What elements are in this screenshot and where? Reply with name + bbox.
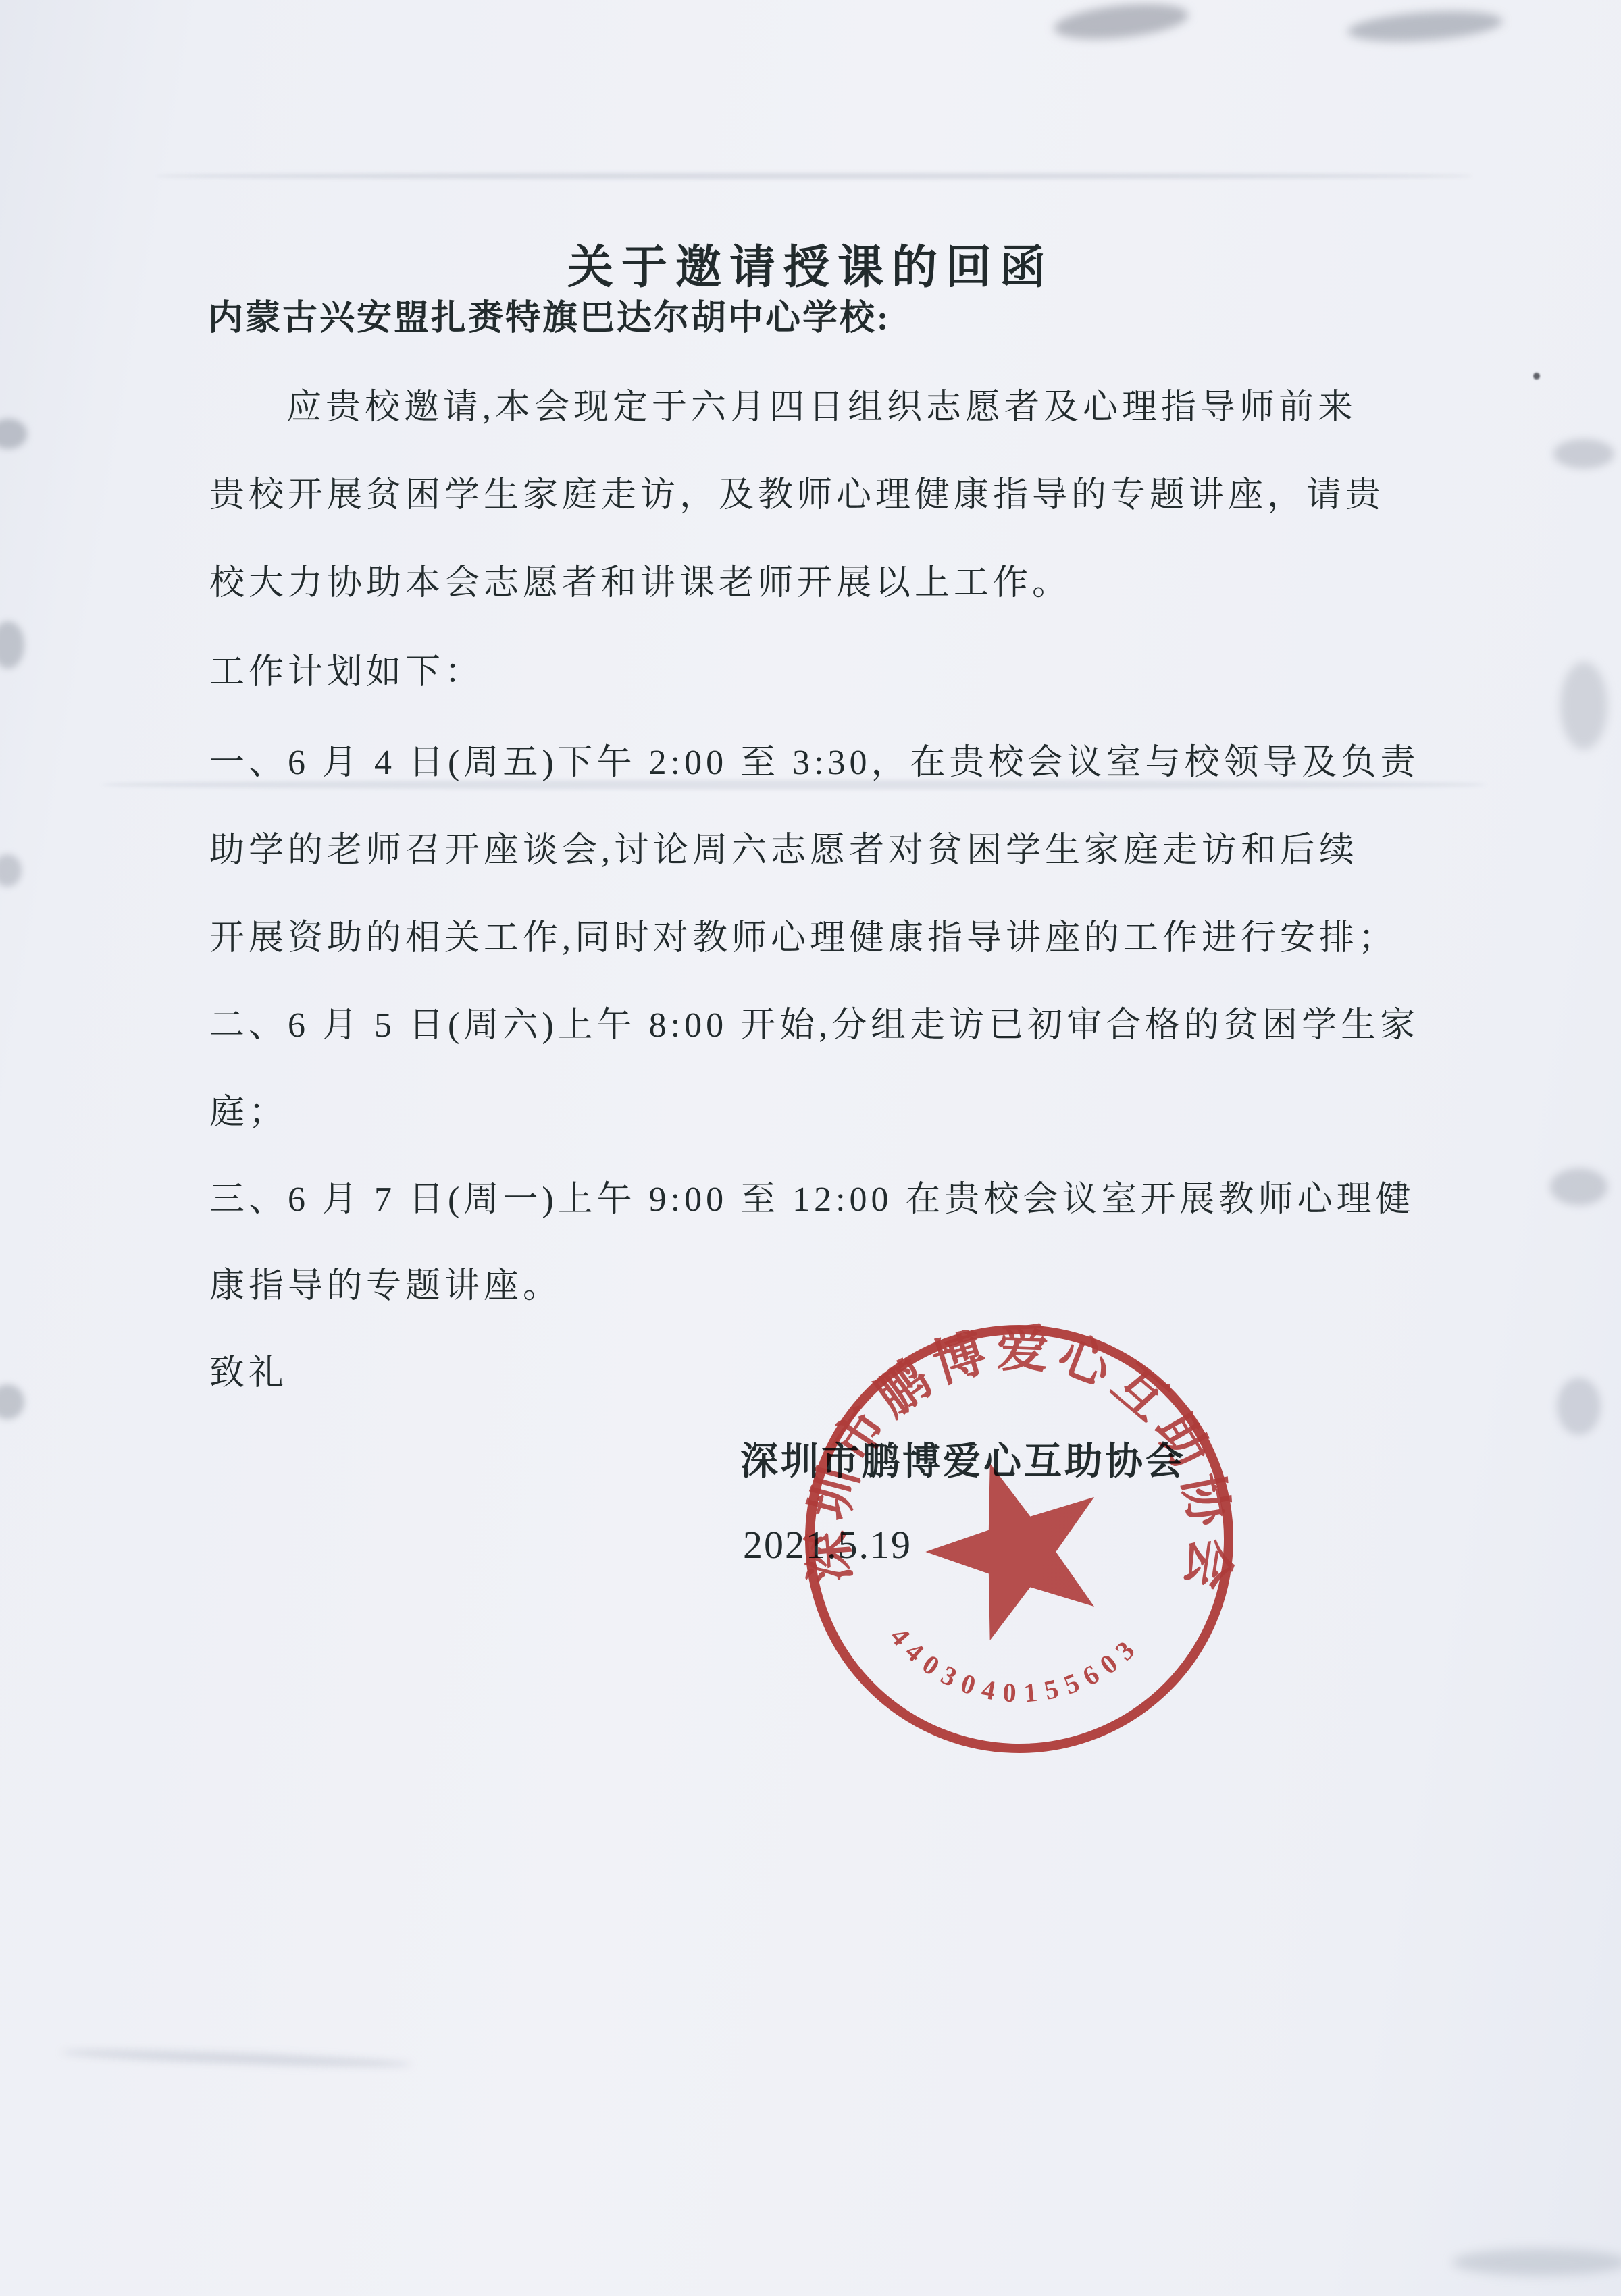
scan-artifact bbox=[1553, 439, 1614, 469]
closing-line: 致礼 bbox=[209, 1344, 288, 1394]
stamp-star-icon bbox=[923, 1461, 1099, 1644]
scan-artifact bbox=[1452, 2249, 1621, 2276]
body-line-4: 工作计划如下： bbox=[209, 643, 484, 694]
scan-artifact bbox=[1550, 1168, 1607, 1205]
scanned-letter-page: 关于邀请授课的回函 内蒙古兴安盟扎赉特旗巴达尔胡中心学校: 应贵校邀请,本会现定… bbox=[0, 0, 1621, 2296]
recipient-line: 内蒙古兴安盟扎赉特旗巴达尔胡中心学校: bbox=[208, 289, 890, 340]
organization-stamp-icon: 深圳市鹏博爱心互助协会 4403040155603 bbox=[794, 1314, 1244, 1764]
scan-artifact bbox=[61, 2047, 412, 2070]
scan-artifact bbox=[1557, 1378, 1601, 1435]
scan-artifact bbox=[1560, 662, 1607, 750]
scan-artifact bbox=[155, 173, 1472, 179]
body-line-10: 三、6 月 7 日(周一)上午 9:00 至 12:00 在贵校会议室开展教师心… bbox=[209, 1170, 1415, 1221]
body-line-3: 校大力协助本会志愿者和讲课老师开展以上工作。 bbox=[209, 554, 1071, 604]
scan-artifact bbox=[0, 419, 27, 449]
body-line-7: 开展资助的相关工作,同时对教师心理健康指导讲座的工作进行安排； bbox=[209, 909, 1397, 960]
letter-title: 关于邀请授课的回函 bbox=[0, 231, 1621, 296]
body-line-5: 一、6 月 4 日(周五)下午 2:00 至 3:30，在贵校会议室与校领导及负… bbox=[209, 733, 1420, 784]
body-line-11: 康指导的专题讲座。 bbox=[209, 1257, 562, 1307]
scan-artifact bbox=[0, 854, 22, 887]
body-line-1: 应贵校邀请,本会现定于六月四日组织志愿者及心理指导师前来 bbox=[286, 378, 1357, 429]
scan-artifact bbox=[1052, 0, 1190, 45]
body-line-2: 贵校开展贫困学生家庭走访，及教师心理健康指导的专题讲座，请贵 bbox=[209, 466, 1385, 517]
scan-artifact bbox=[0, 1384, 24, 1419]
scan-artifact bbox=[0, 621, 24, 669]
scan-speck bbox=[1533, 373, 1540, 380]
stamp-number: 4403040155603 bbox=[882, 1621, 1147, 1713]
body-line-8: 二、6 月 5 日(周六)上午 8:00 开始,分组走访已初审合格的贫困学生家 bbox=[209, 996, 1419, 1047]
body-line-6: 助学的老师召开座谈会,讨论周六志愿者对贫困学生家庭走访和后续 bbox=[209, 821, 1358, 872]
body-line-9: 庭； bbox=[209, 1083, 288, 1134]
scan-artifact bbox=[1347, 7, 1503, 46]
